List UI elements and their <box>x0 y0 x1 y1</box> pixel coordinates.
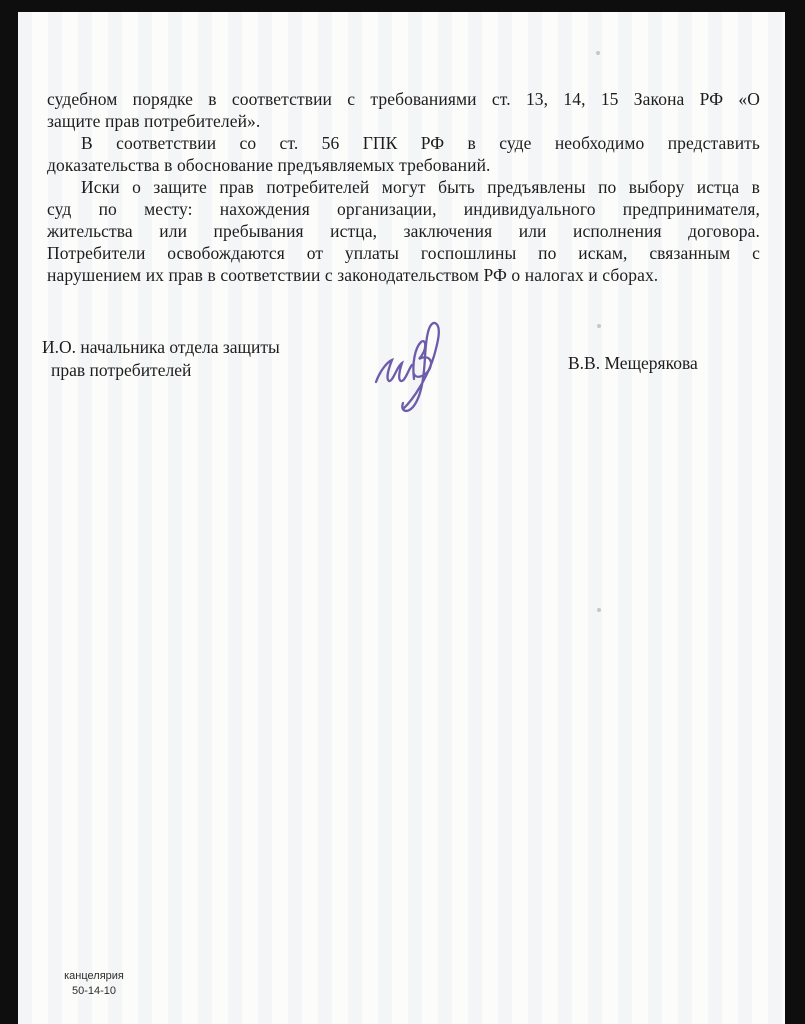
text-line: жительства или пребывания истца, заключе… <box>47 220 760 242</box>
scanned-document-viewport: { "doc": { "paragraphs": [ { "lines": [ … <box>0 0 805 1024</box>
text-line: В соответствии со ст. 56 ГПК РФ в суде н… <box>47 132 760 154</box>
chancellery-stamp-line2: 50-14-10 <box>56 984 132 999</box>
signatory-title-line2: прав потребителей <box>42 359 280 382</box>
scan-speck <box>597 324 601 328</box>
signatory-title: И.О. начальника отдела защиты прав потре… <box>42 336 280 382</box>
signer-name: В.В. Мещерякова <box>568 353 698 374</box>
text-line: защите прав потребителей». <box>47 110 760 132</box>
text-line: судебном порядке в соответствии с требов… <box>47 88 760 110</box>
signatory-title-line1: И.О. начальника отдела защиты <box>42 336 280 359</box>
handwritten-signature <box>366 312 470 422</box>
text-line: суд по месту: нахождения организации, ин… <box>47 198 760 220</box>
text-line: Иски о защите прав потребителей могут бы… <box>47 176 760 198</box>
document-page: судебном порядке в соответствии с требов… <box>18 12 785 1024</box>
scan-speck <box>597 608 601 612</box>
body-text: судебном порядке в соответствии с требов… <box>47 88 760 286</box>
text-line: Потребители освобождаются от уплаты госп… <box>47 242 760 264</box>
chancellery-stamp: канцелярия 50-14-10 <box>56 969 132 999</box>
text-line: доказательства в обоснование предъявляем… <box>47 154 760 176</box>
chancellery-stamp-line1: канцелярия <box>56 969 132 984</box>
scan-speck <box>596 51 600 55</box>
text-line: нарушением их прав в соответствии с зако… <box>47 264 760 286</box>
